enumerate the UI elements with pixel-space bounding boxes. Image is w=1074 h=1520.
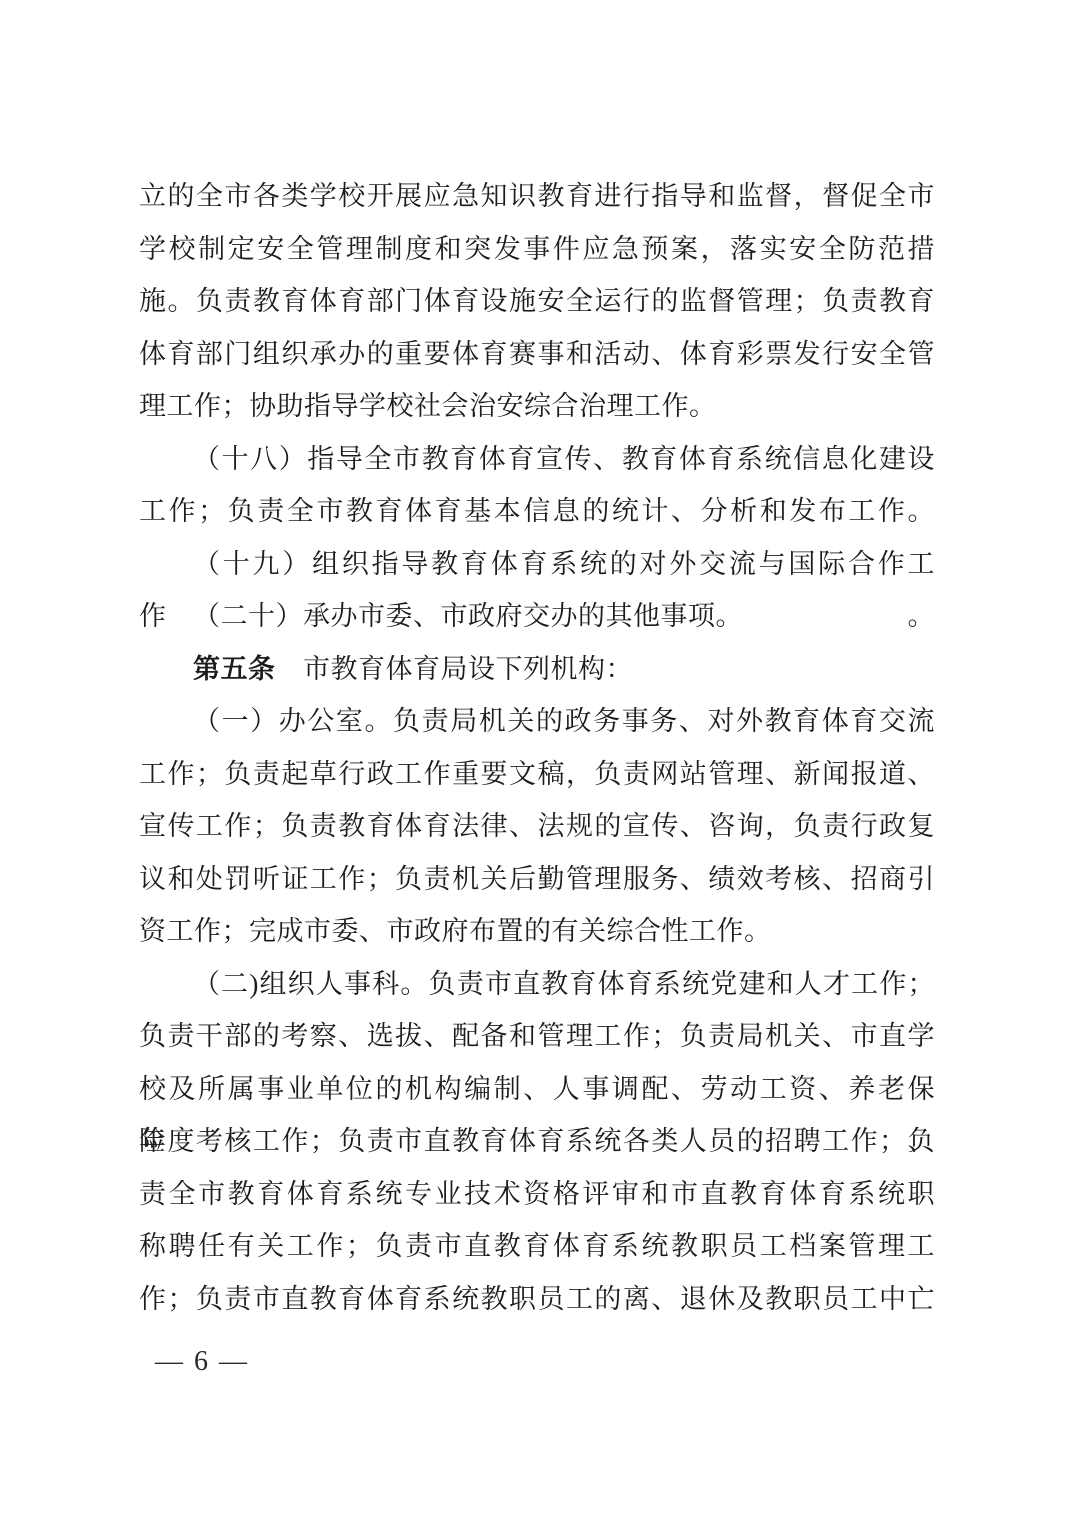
document-page: 立的全市各类学校开展应急知识教育进行指导和监督，督促全市学校制定安全管理制度和突… (0, 0, 1074, 1520)
body-text: （一）办公室。负责局机关的政务事务、对外教育体育交流 (193, 706, 935, 736)
text-line: 宣传工作；负责教育体育法律、法规的宣传、咨询，负责行政复 (139, 800, 935, 853)
body-text: 负责干部的考察、选拔、配备和管理工作；负责局机关、市直学 (139, 1021, 935, 1051)
body-text: 体育部门组织承办的重要体育赛事和活动、体育彩票发行安全管 (139, 339, 935, 369)
body-text: 资工作；完成市委、市政府布置的有关综合性工作。 (139, 916, 772, 946)
text-line: 议和处罚听证工作；负责机关后勤管理服务、绩效考核、招商引 (139, 853, 935, 906)
text-line: 工作；负责全市教育体育基本信息的统计、分析和发布工作。 (139, 485, 935, 538)
text-line: 称聘任有关工作；负责市直教育体育系统教职员工档案管理工 (139, 1220, 935, 1273)
text-line: （二)组织人事科。负责市直教育体育系统党建和人才工作； (139, 958, 935, 1011)
page-number: — 6 — (155, 1340, 249, 1384)
text-line: 工作；负责起草行政工作重要文稿，负责网站管理、新闻报道、 (139, 748, 935, 801)
body-text: 工作；负责起草行政工作重要文稿，负责网站管理、新闻报道、 (139, 759, 935, 789)
body-text: 学校制定安全管理制度和突发事件应急预案，落实安全防范措 (139, 234, 935, 264)
body-text: 作；负责市直教育体育系统教职员工的离、退休及教职员工中亡 (139, 1284, 935, 1314)
body-text: 宣传工作；负责教育体育法律、法规的宣传、咨询，负责行政复 (139, 811, 935, 841)
body-text: 市教育体育局设下列机构： (276, 654, 634, 684)
body-text: 称聘任有关工作；负责市直教育体育系统教职员工档案管理工 (139, 1231, 935, 1261)
body-text: 工作；负责全市教育体育基本信息的统计、分析和发布工作。 (139, 496, 935, 526)
body-text: 年度考核工作；负责市直教育体育系统各类人员的招聘工作；负 (139, 1126, 935, 1156)
text-line: 校及所属事业单位的机构编制、人事调配、劳动工资、养老保险、 (139, 1063, 935, 1116)
body-text: 理工作；协助指导学校社会治安综合治理工作。 (139, 391, 717, 421)
body-text: （二十）承办市委、市政府交办的其他事项。 (193, 601, 743, 631)
text-line: 第五条 市教育体育局设下列机构： (139, 643, 935, 696)
document-body: 立的全市各类学校开展应急知识教育进行指导和监督，督促全市学校制定安全管理制度和突… (139, 170, 935, 1325)
text-line: （十八）指导全市教育体育宣传、教育体育系统信息化建设 (139, 433, 935, 486)
body-text: 施。负责教育体育部门体育设施安全运行的监督管理；负责教育 (139, 286, 935, 316)
article-number-bold-text: 第五条 (193, 654, 276, 684)
body-text: （十八）指导全市教育体育宣传、教育体育系统信息化建设 (193, 444, 935, 474)
text-line: （十九）组织指导教育体育系统的对外交流与国际合作工作。 (139, 538, 935, 591)
text-line: 年度考核工作；负责市直教育体育系统各类人员的招聘工作；负 (139, 1115, 935, 1168)
text-line: 立的全市各类学校开展应急知识教育进行指导和监督，督促全市 (139, 170, 935, 223)
body-text: （二)组织人事科。负责市直教育体育系统党建和人才工作； (193, 969, 935, 999)
text-line: 施。负责教育体育部门体育设施安全运行的监督管理；负责教育 (139, 275, 935, 328)
text-line: 资工作；完成市委、市政府布置的有关综合性工作。 (139, 905, 935, 958)
text-line: 责全市教育体育系统专业技术资格评审和市直教育体育系统职 (139, 1168, 935, 1221)
text-line: 负责干部的考察、选拔、配备和管理工作；负责局机关、市直学 (139, 1010, 935, 1063)
text-line: 学校制定安全管理制度和突发事件应急预案，落实安全防范措 (139, 223, 935, 276)
text-line: （一）办公室。负责局机关的政务事务、对外教育体育交流 (139, 695, 935, 748)
text-line: 体育部门组织承办的重要体育赛事和活动、体育彩票发行安全管 (139, 328, 935, 381)
body-text: 立的全市各类学校开展应急知识教育进行指导和监督，督促全市 (139, 181, 935, 211)
text-line: 作；负责市直教育体育系统教职员工的离、退休及教职员工中亡 (139, 1273, 935, 1326)
text-line: 理工作；协助指导学校社会治安综合治理工作。 (139, 380, 935, 433)
body-text: 责全市教育体育系统专业技术资格评审和市直教育体育系统职 (139, 1179, 935, 1209)
body-text: 议和处罚听证工作；负责机关后勤管理服务、绩效考核、招商引 (139, 864, 935, 894)
